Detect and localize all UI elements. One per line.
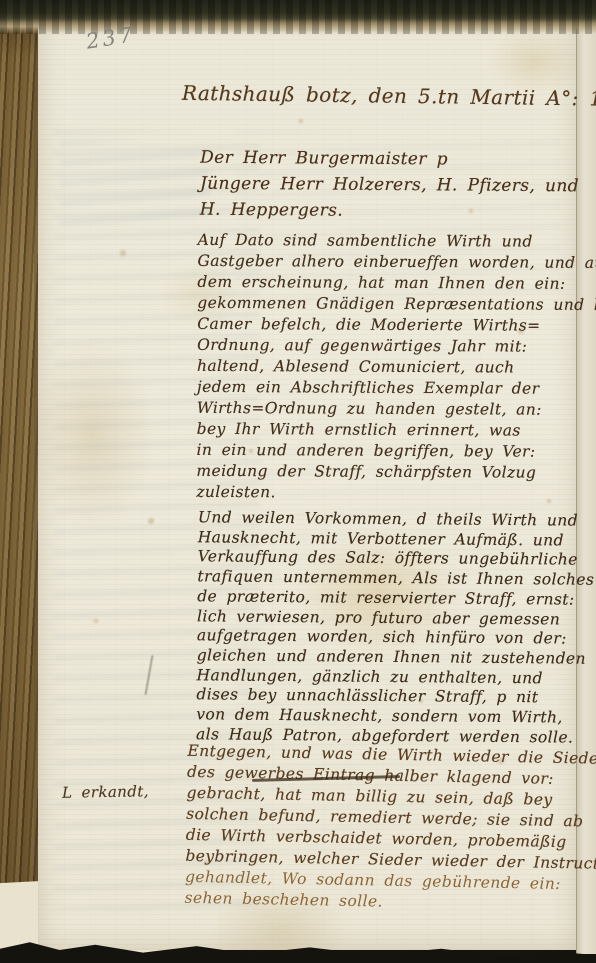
text-line: dem erscheinung, hat man Ihnen den ein:: [197, 272, 596, 295]
paragraph-attendees: Der Herr Burgermaister p Jüngere Herr Ho…: [200, 145, 580, 226]
text-line: de præterito, mit reservierter Straff, e…: [197, 587, 594, 610]
text-line: Gastgeber alhero einberueffen worden, un…: [197, 251, 596, 274]
text-line: bey Ihr Wirth ernstlich erinnert, was: [197, 419, 596, 442]
text-line: Camer befelch, die Moderierte Wirths=: [197, 314, 596, 337]
text-line: Wirths=Ordnung zu handen gestelt, an:: [197, 398, 596, 421]
text-line: Jüngere Herr Holzerers, H. Pfizers, und: [200, 171, 579, 200]
manuscript-scan: 237 Rathshauß botz, den 5.tn Martii A°: …: [0, 0, 596, 963]
text-line: haltend, Ablesend Comuniciert, auch: [197, 356, 596, 379]
text-line: gekommenen Gnädigen Repræsentations und …: [197, 293, 596, 316]
paragraph-wirthsordnung: Auf Dato sind sambentliche Wirth und Gas…: [196, 230, 596, 505]
paragraph-sieder-klage: Entgegen, und was die Wirth wieder die S…: [184, 741, 596, 917]
paragraph-salz-trafiquen: Und weilen Vorkommen, d theils Wirth und…: [196, 508, 595, 748]
foxing-spots: [0, 0, 2, 2]
text-line: zuleisten.: [196, 482, 596, 505]
text-line: H. Heppergers.: [200, 197, 579, 226]
text-line: jedem ein Abschriftliches Exemplar der: [197, 377, 596, 400]
text-line: Auf Dato sind sambentliche Wirth und: [198, 230, 596, 253]
text-line: meidung der Straff, schärpfsten Volzug: [196, 461, 596, 484]
text-line: Ordnung, auf gegenwärtiges Jahr mit:: [197, 335, 596, 358]
marginal-note: L erkandt,: [62, 782, 149, 802]
text-line: Der Herr Burgermaister p: [200, 145, 579, 174]
text-line: in ein und anderen begriffen, bey Ver:: [197, 440, 596, 463]
